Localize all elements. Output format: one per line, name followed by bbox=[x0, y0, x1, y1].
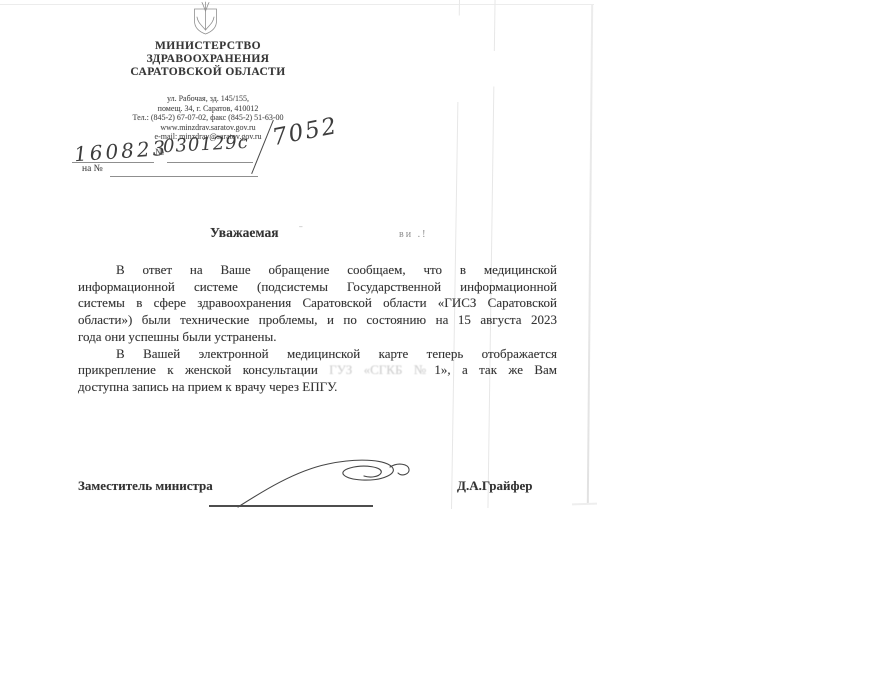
org-name-line: МИНИСТЕРСТВО bbox=[55, 40, 361, 53]
scanned-letter-page: МИНИСТЕРСТВО ЗДРАВООХРАНЕНИЯ САРАТОВСКОЙ… bbox=[0, 0, 893, 683]
page-top-edge bbox=[0, 4, 594, 5]
signature-underline bbox=[209, 505, 373, 507]
page-corner-shadow bbox=[572, 503, 597, 506]
redaction-ghost-mark: ˉ bbox=[299, 224, 303, 236]
paragraph-line: прикрепление к женской консультации ГУЗ … bbox=[78, 362, 557, 379]
paragraph-line: года они успешны были устранены. bbox=[78, 329, 557, 346]
paragraph-line: В ответ на Ваше обращение сообщаем, что … bbox=[78, 262, 557, 279]
paragraph-line: информационной системе (подсистемы Госуд… bbox=[78, 279, 557, 296]
signature-title: Заместитель министра bbox=[78, 478, 213, 494]
reply-number-underline bbox=[110, 176, 258, 177]
address-line: помещ. 34, г. Саратов, 410012 bbox=[55, 104, 361, 114]
reply-number-label: на № bbox=[82, 164, 103, 174]
date-underline bbox=[72, 162, 154, 163]
ghost-clinic-name: ГУЗ «СГКБ № bbox=[329, 362, 434, 377]
letterhead-org-name: МИНИСТЕРСТВО ЗДРАВООХРАНЕНИЯ САРАТОВСКОЙ… bbox=[55, 40, 361, 79]
paragraph-text: прикрепление к женской консультации bbox=[78, 362, 318, 377]
org-name-line: ЗДРАВООХРАНЕНИЯ bbox=[55, 53, 361, 66]
number-underline bbox=[167, 162, 253, 163]
redacted-name-ghost: ви .! bbox=[399, 229, 427, 240]
handwritten-number: 030129с bbox=[163, 132, 250, 157]
paragraph-text: 1», а так же Вам bbox=[434, 362, 557, 377]
autograph-scribble-icon bbox=[232, 455, 418, 510]
salutation-text: Уважаемая bbox=[210, 225, 279, 241]
coat-of-arms-icon bbox=[192, 1, 219, 35]
page-right-edge bbox=[587, 4, 593, 504]
letter-body: В ответ на Ваше обращение сообщаем, что … bbox=[78, 262, 557, 396]
address-line: ул. Рабочая, зд. 145/155, bbox=[55, 94, 361, 104]
crease-line-right bbox=[487, 0, 495, 508]
org-name-line: САРАТОВСКОЙ ОБЛАСТИ bbox=[55, 66, 361, 79]
paragraph-line: области») были технические проблемы, и п… bbox=[78, 312, 557, 329]
paragraph-line: В Вашей электронной медицинской карте те… bbox=[78, 346, 557, 363]
signatory-name: Д.А.Грайфер bbox=[457, 478, 533, 494]
crease-line-left bbox=[451, 0, 460, 509]
paragraph-line: доступна запись на прием к врачу через Е… bbox=[78, 379, 557, 396]
paragraph-line: системы в сфере здравоохранения Саратовс… bbox=[78, 295, 557, 312]
